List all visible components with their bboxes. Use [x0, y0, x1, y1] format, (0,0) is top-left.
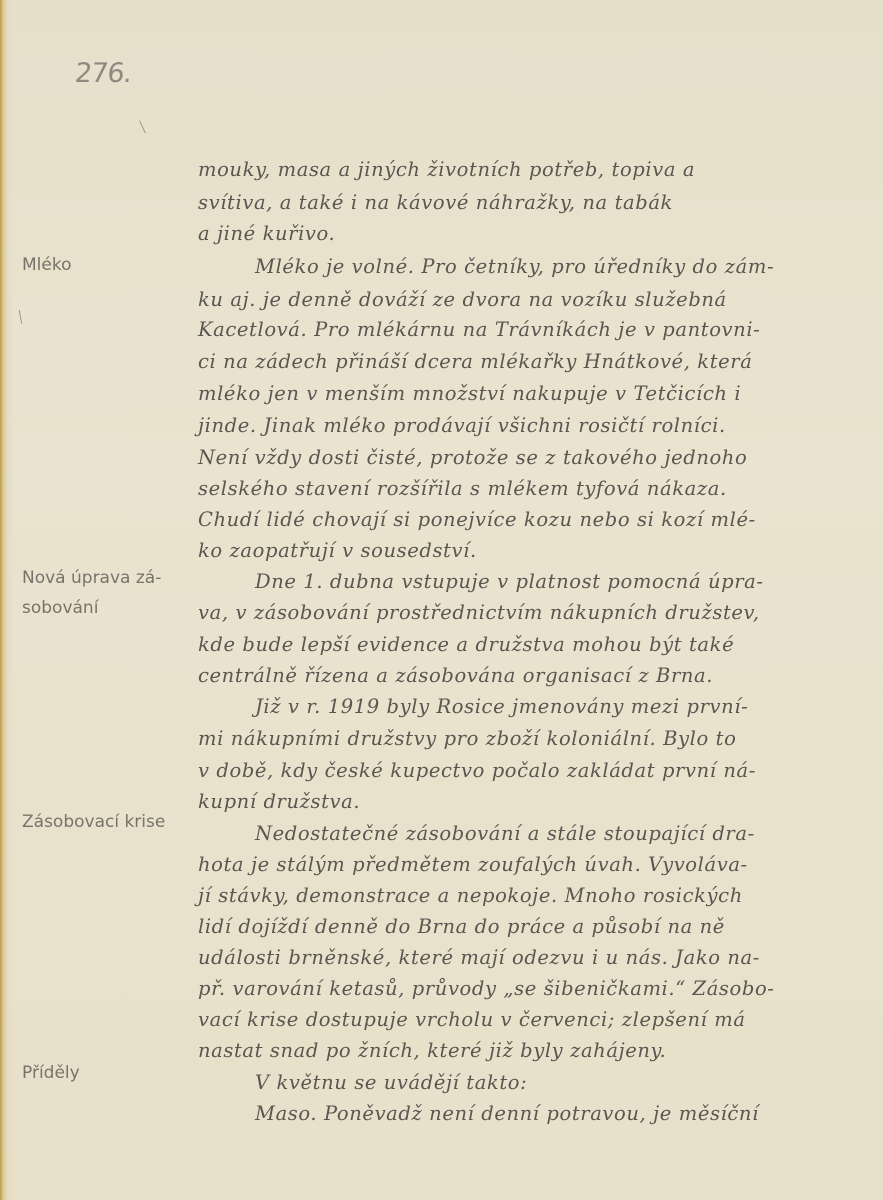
body-line: lidí dojíždí denně do Brna do práce a pů…	[198, 915, 725, 938]
body-line: Mléko je volné. Pro četníky, pro úředník…	[255, 255, 774, 278]
body-line: př. varování ketasů, průvody „se šibenič…	[198, 977, 775, 1000]
stray-mark	[19, 310, 22, 324]
body-line: mléko jen v menším množství nakupuje v T…	[198, 382, 741, 405]
body-line: mouky, masa a jiných životních potřeb, t…	[198, 158, 695, 181]
body-line: v době, kdy české kupectvo počalo zaklád…	[198, 759, 756, 782]
margin-note-line: Příděly	[22, 1058, 80, 1088]
margin-note-pridely: Příděly	[22, 1058, 80, 1088]
body-line: Nedostatečné zásobování a stále stoupají…	[255, 822, 755, 845]
body-line: Již v r. 1919 byly Rosice jmenovány mezi…	[255, 695, 748, 718]
body-line: Maso. Poněvadž není denní potravou, je m…	[255, 1102, 759, 1125]
body-line: kupní družstva.	[198, 790, 360, 813]
margin-note-line: Mléko	[22, 250, 72, 280]
body-line: jinde. Jinak mléko prodávají všichni ros…	[198, 414, 726, 437]
body-line: kde bude lepší evidence a družstva mohou…	[198, 633, 734, 656]
body-line: ko zaopatřují v sousedství.	[198, 539, 477, 562]
margin-note-nova-uprava: Nová úprava zá- sobování	[22, 563, 161, 623]
body-line: jí stávky, demonstrace a nepokoje. Mnoho…	[198, 884, 743, 907]
body-line: V květnu se uvádějí takto:	[255, 1071, 527, 1094]
margin-note-line: Nová úprava zá-	[22, 563, 161, 593]
margin-note-line: sobování	[22, 593, 161, 623]
body-line: nastat snad po žních, které již byly zah…	[198, 1039, 666, 1062]
body-line: Chudí lidé chovají si ponejvíce kozu neb…	[198, 508, 756, 531]
manuscript-page: 276. Mléko Nová úprava zá- sobování Záso…	[0, 0, 883, 1200]
body-line: mi nákupními družstvy pro zboží koloniál…	[198, 727, 736, 750]
body-line: ci na zádech přináší dcera mlékařky Hnát…	[198, 350, 752, 373]
body-line: hota je stálým předmětem zoufalých úvah.…	[198, 853, 748, 876]
margin-note-zasobovaci-krise: Zásobovací krise	[22, 807, 165, 837]
body-line: selského stavení rozšířila s mlékem tyfo…	[198, 477, 727, 500]
body-line: Dne 1. dubna vstupuje v platnost pomocná…	[255, 570, 764, 593]
body-line: svítiva, a také i na kávové náhražky, na…	[198, 191, 673, 214]
page-number: 276.	[73, 58, 132, 89]
stray-mark	[139, 120, 146, 133]
margin-note-mleko: Mléko	[22, 250, 72, 280]
body-line: Není vždy dosti čisté, protože se z tako…	[198, 446, 747, 469]
body-line: a jiné kuřivo.	[198, 222, 335, 245]
body-line: va, v zásobování prostřednictvím nákupní…	[198, 601, 760, 624]
body-line: Kacetlová. Pro mlékárnu na Trávníkách je…	[198, 318, 760, 341]
margin-note-line: Zásobovací krise	[22, 807, 165, 837]
body-line: centrálně řízena a zásobována organisací…	[198, 664, 713, 687]
body-line: ku aj. je denně dováží ze dvora na vozík…	[198, 288, 727, 311]
body-line: vací krise dostupuje vrcholu v červenci;…	[198, 1008, 746, 1031]
body-line: události brněnské, které mají odezvu i u…	[198, 946, 760, 969]
